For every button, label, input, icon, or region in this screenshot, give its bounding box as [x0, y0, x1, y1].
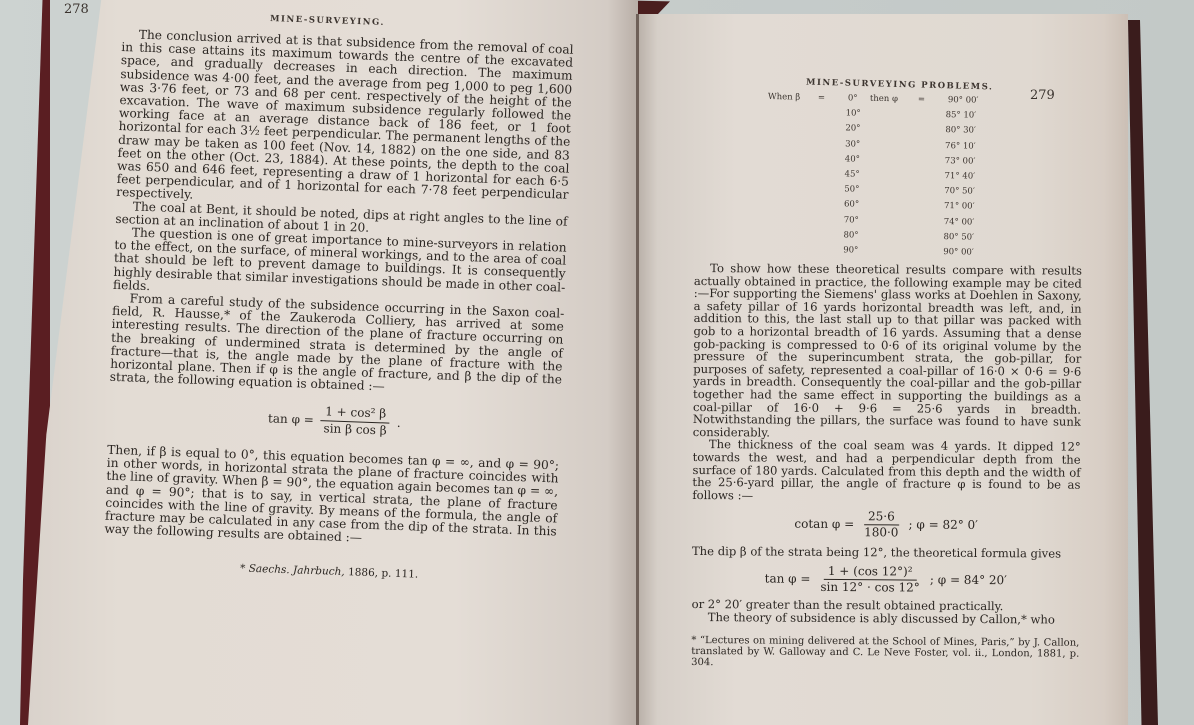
equation-lhs: tan φ =	[268, 412, 314, 427]
paragraph: Then, if β is equal to 0°, this equation…	[104, 444, 559, 552]
equation-denominator: 180·0	[860, 525, 902, 539]
paragraph: From a careful study of the subsidence o…	[110, 292, 565, 400]
table-beta: 30°	[845, 139, 945, 151]
equation-fraction: 1 + cos² β sin β cos β	[319, 406, 391, 438]
tan-equation: tan φ = 1 + (cos 12°)² sin 12° · cos 12°…	[692, 564, 1080, 595]
table-label-then: then φ	[870, 94, 918, 105]
paragraph: To show how these theoretical results co…	[693, 262, 1082, 441]
paragraph: The theory of subsidence is ably discuss…	[691, 611, 1079, 626]
paragraph: The conclusion arrived at is that subsid…	[116, 28, 574, 215]
cotan-equation: cotan φ = 25·6 180·0 ; φ = 82° 0′	[692, 509, 1080, 540]
equation-fraction: 25·6 180·0	[860, 510, 903, 538]
fracture-angle-equation: tan φ = 1 + cos² β sin β cos β .	[108, 398, 561, 443]
table-phi: 90° 00′	[948, 95, 988, 106]
paragraph: The thickness of the coal seam was 4 yar…	[692, 438, 1080, 504]
equation-lhs: tan φ =	[765, 572, 811, 585]
table-phi: 90° 00′	[943, 247, 974, 258]
table-label-when: When β	[768, 92, 818, 103]
equation-numerator: 25·6	[864, 510, 899, 525]
footnote-title: Saechs. Jahrbuch,	[248, 563, 344, 578]
table-phi: 74° 00′	[944, 217, 975, 228]
equation-denominator: sin 12° · cos 12°	[816, 580, 924, 594]
table-phi: 80° 30′	[945, 125, 976, 136]
table-beta: 50°	[844, 184, 944, 196]
table-phi: 76° 10′	[945, 141, 976, 152]
right-page-number: 279	[1030, 88, 1055, 103]
right-footnote: * “Lectures on mining delivered at the S…	[691, 635, 1079, 671]
equation-suffix: .	[397, 416, 401, 429]
table-phi: 70° 50′	[944, 186, 975, 197]
table-phi: 71° 00′	[944, 201, 975, 212]
table-beta: 60°	[844, 200, 944, 212]
table-equals: =	[918, 95, 948, 106]
table-equals: =	[818, 93, 848, 104]
equation-lhs: cotan φ =	[794, 518, 854, 531]
book-gutter	[636, 14, 639, 725]
left-page-body: The conclusion arrived at is that subsid…	[103, 28, 574, 587]
table-phi: 71° 40′	[944, 171, 975, 182]
equation-fraction: 1 + (cos 12°)² sin 12° · cos 12°	[816, 565, 924, 594]
table-beta: 20°	[845, 124, 945, 136]
left-page-number: 278	[64, 2, 89, 17]
table-phi: 73° 00′	[945, 156, 976, 167]
table-beta: 40°	[845, 154, 945, 166]
footnote-citation: 1886, p. 111.	[345, 566, 419, 581]
table-phi: 80° 50′	[943, 232, 974, 243]
table-beta: 0°	[848, 93, 870, 103]
table-beta: 10°	[846, 109, 946, 121]
fracture-angle-table: When β = 0° then φ = 90° 00′ 10°85° 10′ …	[765, 92, 988, 263]
table-beta: 45°	[844, 169, 944, 181]
table-phi: 85° 10′	[946, 110, 977, 121]
right-page-body: To show how these theoretical results co…	[691, 262, 1082, 671]
table-beta: 90°	[843, 245, 943, 257]
equation-suffix: ; φ = 84° 20′	[930, 574, 1007, 587]
table-beta: 70°	[844, 215, 944, 227]
equation-denominator: sin β cos β	[319, 421, 391, 438]
paragraph: The dip β of the strata being 12°, the t…	[692, 545, 1080, 560]
equation-numerator: 1 + (cos 12°)²	[824, 565, 917, 580]
table-beta: 80°	[843, 230, 943, 242]
equation-suffix: ; φ = 82° 0′	[908, 519, 977, 532]
